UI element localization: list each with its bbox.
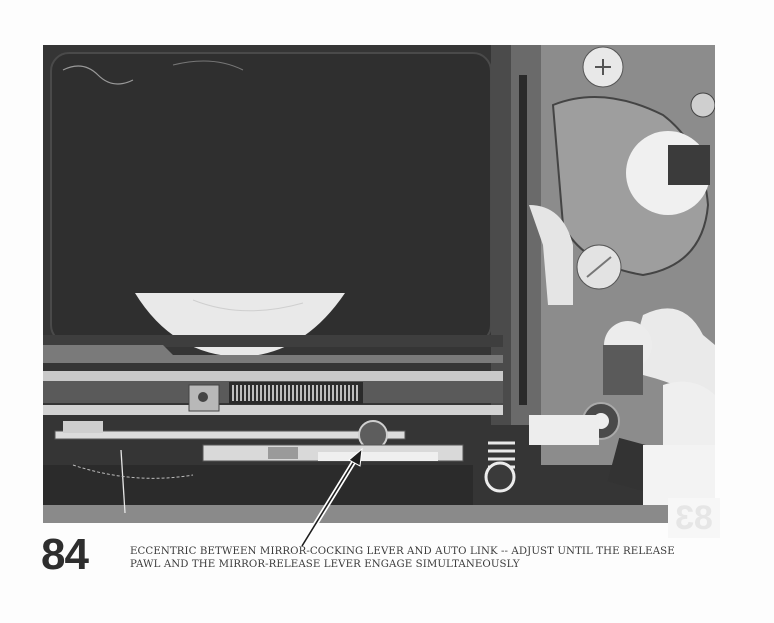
caption-line-2: PAWL AND THE MIRROR-RELEASE LEVER ENGAGE… [130,558,730,571]
mirror-box-photo [43,45,715,523]
figure-number: 84 [41,533,88,577]
figure-photo [43,45,715,523]
figure-caption: ECCENTRIC BETWEEN MIRROR-COCKING LEVER A… [130,545,730,571]
manual-page: 83 84 ECCENTRIC BETWEEN MIRROR-COCKING L… [0,0,774,623]
bleed-through-page-number: 83 [668,498,720,538]
caption-line-1: ECCENTRIC BETWEEN MIRROR-COCKING LEVER A… [130,545,730,558]
